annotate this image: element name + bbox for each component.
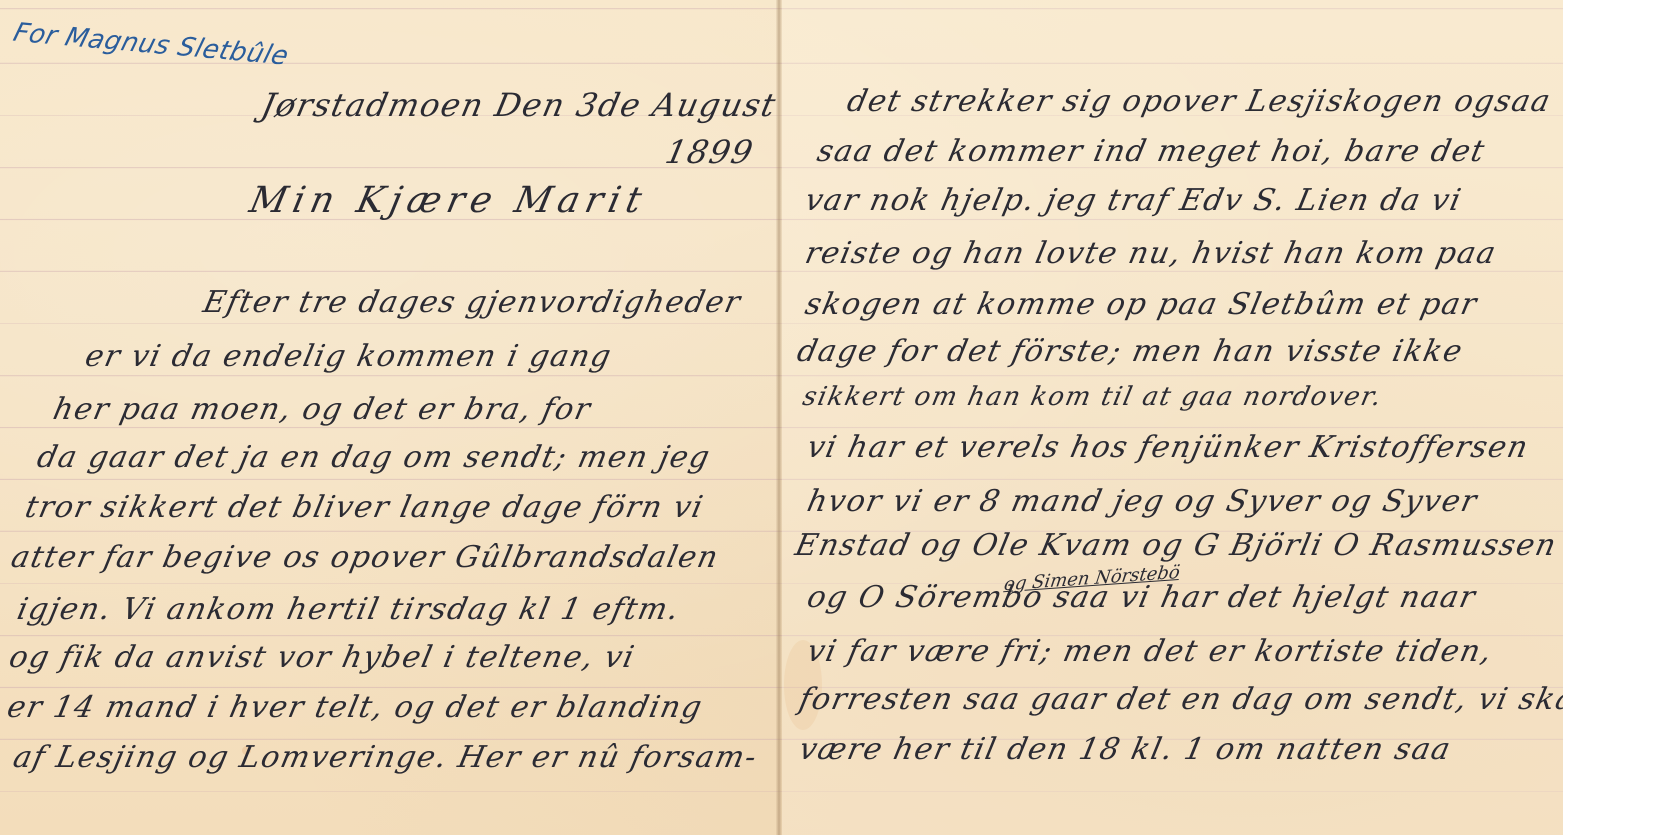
place-date-line: Jørstadmoen Den 3de August — [258, 86, 780, 124]
letter-line: reiste og han lovte nu, hvist han kom pa… — [802, 236, 1500, 271]
letter-line: er 14 mand i hver telt, og det er blandi… — [4, 690, 706, 725]
letter-line: her paa moen, og det er bra, for — [50, 392, 595, 427]
letter-line: dage for det förste; men han visste ikke — [794, 334, 1466, 369]
letter-line: hvor vi er 8 mand jeg og Syver og Syver — [804, 484, 1481, 519]
letter-line: skogen at komme op paa Sletbûm et par — [802, 287, 1481, 322]
letter-line: Enstad og Ole Kvam og G Björli O Rasmuss… — [792, 528, 1560, 563]
letter-line: det strekker sig opover Lesjiskogen ogsa… — [844, 84, 1555, 119]
right-page: det strekker sig opover Lesjiskogen ogsa… — [782, 0, 1563, 835]
letter-line: da gaar det ja en dag om sendt; men jeg — [34, 440, 714, 475]
letter-line: forresten saa gaar det en dag om sendt, … — [796, 682, 1563, 717]
letter-line: vi har et verels hos fenjünker Kristoffe… — [804, 430, 1532, 465]
salutation: Min Kjære Marit — [246, 180, 651, 221]
year-line: 1899 — [662, 133, 758, 171]
left-page: Jørstadmoen Den 3de August 1899 Min Kjær… — [0, 0, 776, 835]
letter-line: være her til den 18 kl. 1 om natten saa — [796, 732, 1455, 767]
letter-line: og fik da anvist vor hybel i teltene, vi — [6, 640, 638, 675]
letter-line: tror sikkert det bliver lange dage förn … — [22, 490, 707, 525]
letter-line: af Lesjing og Lomveringe. Her er nû fors… — [10, 740, 761, 775]
letter-line: igjen. Vi ankom hertil tirsdag kl 1 eftm… — [14, 592, 683, 627]
letter-line: saa det kommer ind meget hoi, bare det — [814, 134, 1489, 169]
letter-line: vi far være fri; men det er kortiste tid… — [804, 634, 1496, 669]
letter-line: er vi da endelig kommen i gang — [82, 339, 615, 374]
letter-line: atter far begive os opover Gûlbrandsdale… — [8, 540, 722, 575]
letter-sheet: For Magnus Sletbûle Jørstadmoen Den 3de … — [0, 0, 1563, 835]
letter-line: Efter tre dages gjenvordigheder — [200, 285, 745, 320]
letter-line: sikkert om han kom til at gaa nordover. — [800, 382, 1385, 412]
letter-line: og O Sörembo saa vi har det hjelgt naar — [804, 580, 1479, 615]
document-viewport: For Magnus Sletbûle Jørstadmoen Den 3de … — [0, 0, 1658, 835]
letter-line: var nok hjelp. jeg traf Edv S. Lien da v… — [802, 183, 1465, 218]
